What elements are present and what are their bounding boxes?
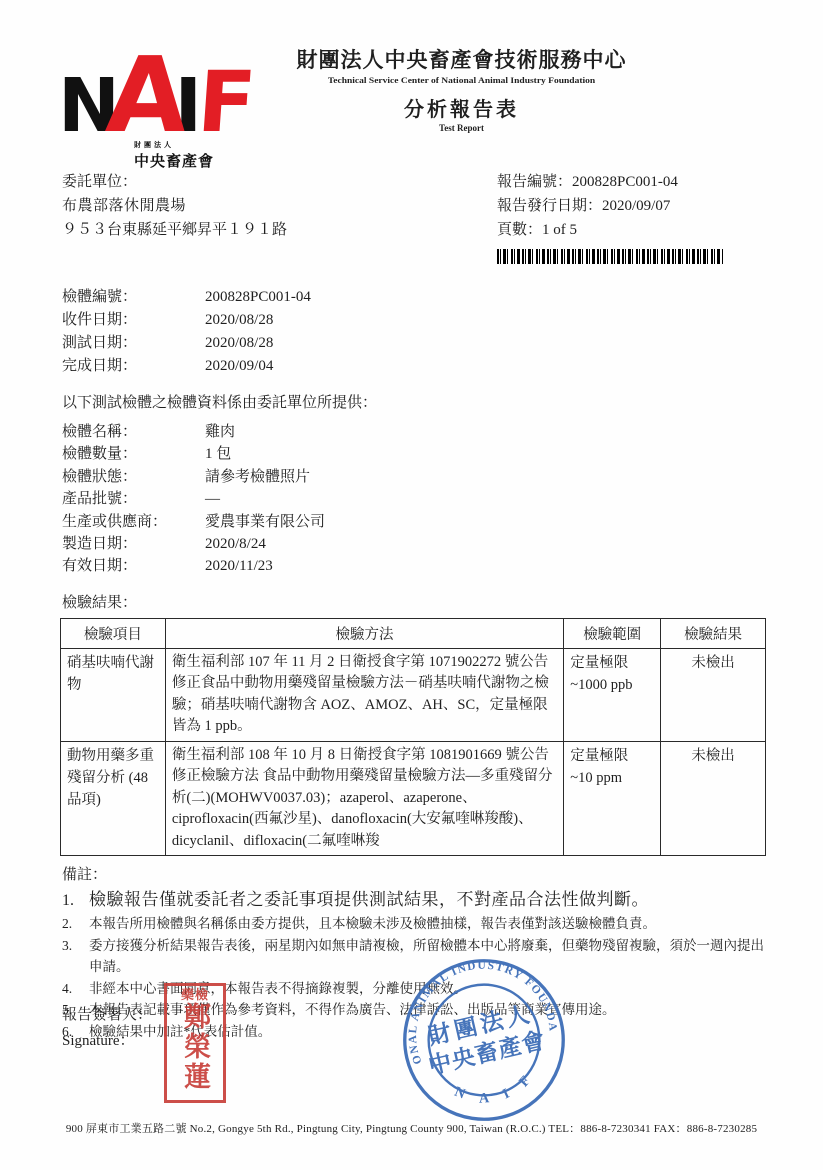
report-number-row: 報告編號：200828PC001-04 [497,170,765,194]
info-row: 檢體狀態：請參考檢體照片 [62,466,823,488]
sample-meta-section: 檢體編號：200828PC001-04 收件日期：2020/08/28 測試日期… [62,286,823,378]
sample-name-label: 檢體名稱： [62,421,205,443]
col-header-method: 檢驗方法 [165,618,563,648]
signer-seal-top-text: 藥檢 [181,988,209,1001]
info-row: 檢體名稱：雞肉 [62,421,823,443]
complete-date-label: 完成日期： [62,355,205,378]
expiry-date-value: 2020/11/23 [205,555,273,577]
client-label: 委託單位： [62,170,287,194]
info-row: 完成日期：2020/09/04 [62,355,823,378]
info-row: 測試日期：2020/08/28 [62,332,823,355]
sample-info-section: 檢體名稱：雞肉 檢體數量：1 包 檢體狀態：請參考檢體照片 產品批號：— 生產或… [62,421,823,578]
range-line1: 定量極限 [570,652,654,674]
sample-name-value: 雞肉 [205,421,235,443]
range-line1: 定量極限 [570,745,654,767]
test-method: 衛生福利部 107 年 11 月 2 日衛授食字第 1071902272 號公告… [165,648,563,741]
note-number: 2. [62,916,89,932]
mfg-date-value: 2020/8/24 [205,533,266,555]
supplier-value: 愛農事業有限公司 [205,511,325,533]
sample-id-label: 檢體編號： [62,286,205,309]
table-row: 動物用藥多重殘留分析 (48 品項) 衛生福利部 108 年 10 月 8 日衛… [61,741,766,856]
info-row: 製造日期：2020/8/24 [62,533,823,555]
signer-seal: 藥檢 鄭榮蓮 [164,983,226,1103]
expiry-date-label: 有效日期： [62,555,205,577]
test-item: 硝基呋喃代謝物 [61,648,166,741]
logo-letter-a: A [104,55,190,136]
info-row: 收件日期：2020/08/28 [62,309,823,332]
page-count-value: 1 of 5 [542,222,577,238]
report-number-label: 報告編號： [497,174,572,190]
report-page: NAIF 財團法人 中央畜產會 財團法人中央畜產會技術服務中心 Technica… [0,0,823,1170]
info-row: 產品批號：— [62,488,823,510]
test-method: 衛生福利部 108 年 10 月 8 日衛授食字第 1081901669 號公告… [165,741,563,856]
batch-no-value: — [205,488,220,510]
signature-label: Signature： [62,1028,152,1054]
info-row: 生產或供應商：愛農事業有限公司 [62,511,823,533]
info-row: 有效日期：2020/11/23 [62,555,823,577]
report-number-value: 200828PC001-04 [572,174,678,190]
table-header-row: 檢驗項目 檢驗方法 檢驗範圍 檢驗結果 [61,618,766,648]
issue-date-row: 報告發行日期：2020/09/07 [497,194,765,218]
results-table: 檢驗項目 檢驗方法 檢驗範圍 檢驗結果 硝基呋喃代謝物 衛生福利部 107 年 … [60,618,766,857]
mfg-date-label: 製造日期： [62,533,205,555]
supplier-label: 生產或供應商： [62,511,205,533]
client-section: 委託單位： 布農部落休閒農場 ９５３台東縣延平鄉昇平１９１路 [62,170,287,264]
note-text: 檢驗報告僅就委託者之委託事項提供測試結果，不對產品合法性做判斷。 [89,886,649,913]
sample-qty-label: 檢體數量： [62,443,205,465]
naif-logo-letters: NAIF [58,52,238,136]
received-date-label: 收件日期： [62,309,205,332]
notes-label: 備註： [62,864,774,886]
received-date-value: 2020/08/28 [205,309,273,332]
header: NAIF 財團法人 中央畜產會 財團法人中央畜產會技術服務中心 Technica… [0,0,823,162]
col-header-range: 檢驗範圍 [564,618,661,648]
range-line2: ~10 ppm [570,767,654,789]
note-item: 1.檢驗報告僅就委託者之委託事項提供測試結果，不對產品合法性做判斷。 [62,886,774,913]
test-result: 未檢出 [661,648,766,741]
note-number: 3. [62,938,89,954]
col-header-result: 檢驗結果 [661,618,766,648]
issue-date-value: 2020/09/07 [602,198,670,214]
naif-logo: NAIF 財團法人 中央畜產會 [58,52,238,171]
issue-date-label: 報告發行日期： [497,198,602,214]
test-result: 未檢出 [661,741,766,856]
batch-no-label: 產品批號： [62,488,205,510]
signer-seal-name: 鄭榮蓮 [168,1002,222,1092]
footer-address: 900 屏東市工業五路二號 No.2, Gongye 5th Rd., Ping… [0,1120,823,1136]
signer-label: 報告簽署人： [62,1002,152,1028]
org-title-en: Technical Service Center of National Ani… [120,76,803,85]
info-row: 檢體數量：1 包 [62,443,823,465]
results-section-label: 檢驗結果： [62,591,823,612]
note-text: 本報告所用檢體與名稱係由委方提供，且本檢驗未涉及檢體抽樣，報告表僅對該送驗檢體負… [89,913,656,935]
note-number: 4. [62,981,89,997]
note-number: 1. [62,892,89,910]
page-count-row: 頁數：1 of 5 [497,218,765,242]
sample-state-value: 請參考檢體照片 [205,466,310,488]
col-header-item: 檢驗項目 [61,618,166,648]
barcode [497,249,723,264]
provided-note: 以下測試檢體之檢體資料係由委託單位所提供： [62,392,823,414]
client-name: 布農部落休閒農場 [62,194,287,218]
note-item: 2.本報告所用檢體與名稱係由委方提供，且本檢驗未涉及檢體抽樣，報告表僅對該送驗檢… [62,913,774,935]
info-row: 檢體編號：200828PC001-04 [62,286,823,309]
test-item: 動物用藥多重殘留分析 (48 品項) [61,741,166,856]
test-range: 定量極限 ~1000 ppb [564,648,661,741]
sample-qty-value: 1 包 [205,443,231,465]
page-count-label: 頁數： [497,222,542,238]
report-meta: 報告編號：200828PC001-04 報告發行日期：2020/09/07 頁數… [497,170,765,264]
sample-state-label: 檢體狀態： [62,466,205,488]
test-date-value: 2020/08/28 [205,332,273,355]
sample-id-value: 200828PC001-04 [205,286,311,309]
meta-section: 委託單位： 布農部落休閒農場 ９５３台東縣延平鄉昇平１９１路 報告編號：2008… [0,162,823,264]
range-line2: ~1000 ppb [570,674,654,696]
signature-block: 報告簽署人： Signature： [62,1002,152,1054]
complete-date-value: 2020/09/04 [205,355,273,378]
test-range: 定量極限 ~10 ppm [564,741,661,856]
table-row: 硝基呋喃代謝物 衛生福利部 107 年 11 月 2 日衛授食字第 107190… [61,648,766,741]
client-address: ９５３台東縣延平鄉昇平１９１路 [62,218,287,242]
test-date-label: 測試日期： [62,332,205,355]
